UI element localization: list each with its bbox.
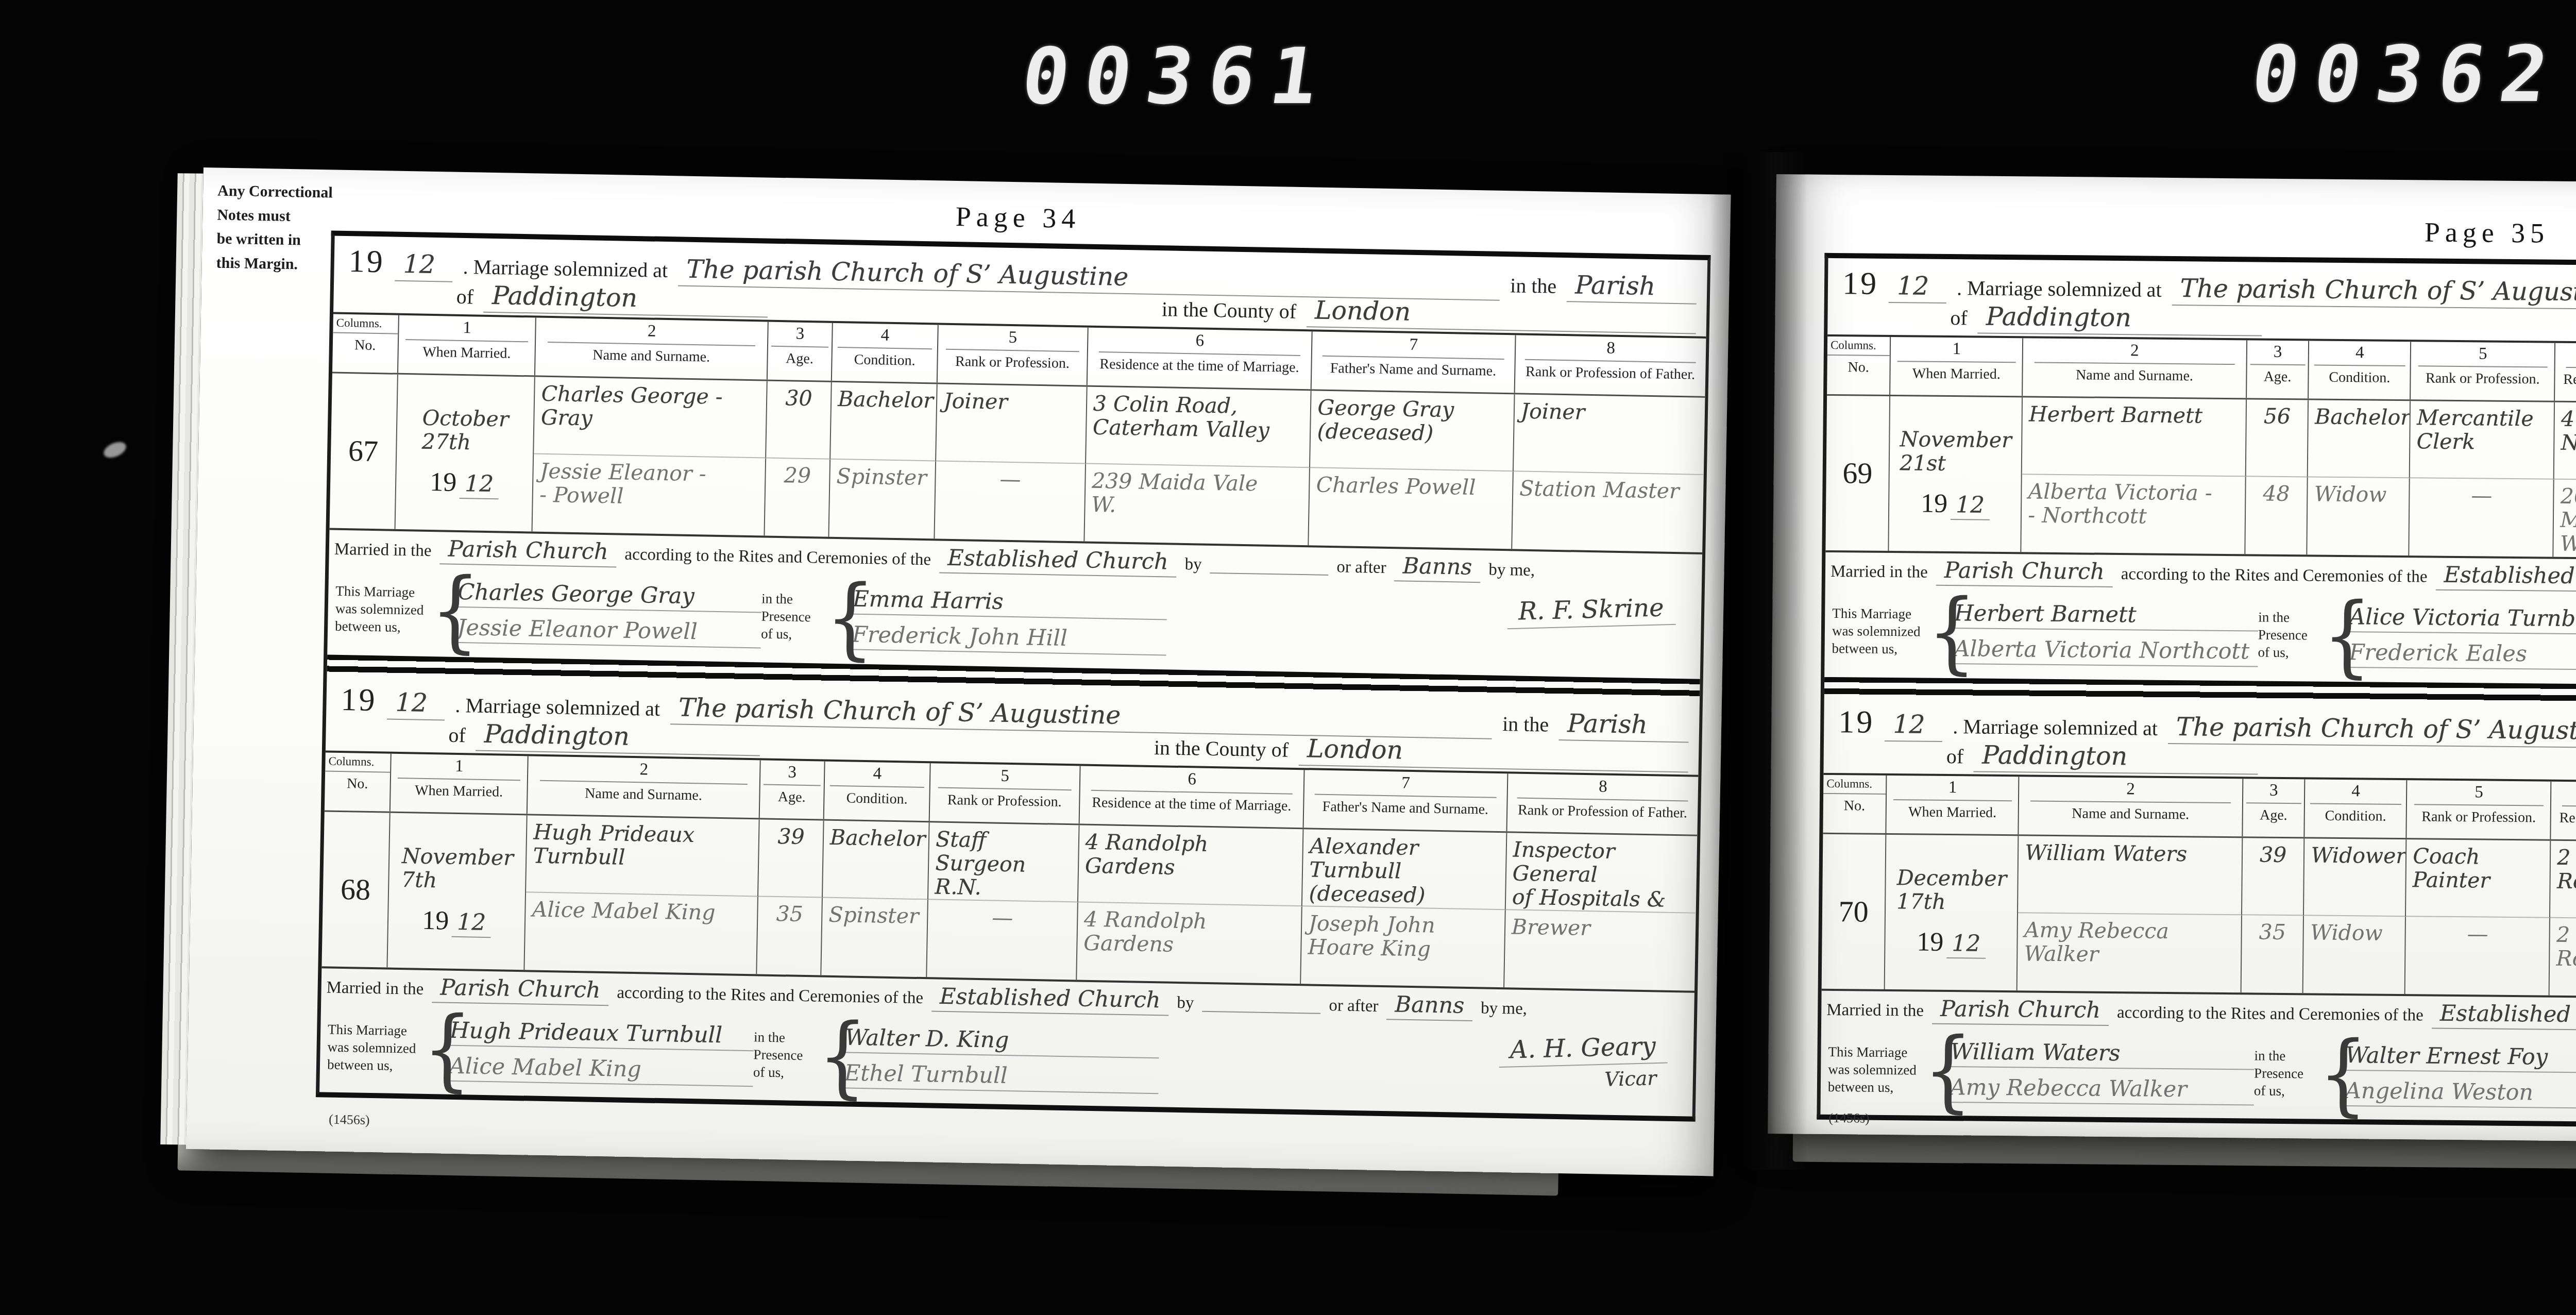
witness-2-signature: Frederick Eales [2344, 639, 2576, 671]
presence-label: in the Presence of us, [753, 1029, 819, 1082]
entry-header: 19 12 . Marriage solemnized at The paris… [1823, 697, 2576, 785]
groom-father-cell: George Gray (deceased) [1310, 391, 1515, 471]
column-header-5: 5Rank or Profession. [2407, 780, 2552, 839]
when-married-cell: October 27th 1912 [395, 375, 535, 532]
column-header-8: 8Rank or Profession of Father. [1515, 335, 1706, 396]
bride-rank-cell: — [935, 461, 1086, 541]
brace-open: { [422, 1005, 445, 1094]
column-header-4: 4Condition. [2305, 779, 2408, 838]
year-printed: 19 [1842, 265, 1879, 302]
groom-father-rank-cell: Inspector General of Hospitals & Fleets … [1506, 833, 1698, 914]
bride-age-cell: 48 [2245, 477, 2308, 554]
when-married-cell: November 7th 1912 [387, 813, 528, 970]
groom-residence-cell: 4 Randolph Gardens [1078, 825, 1304, 906]
this-marriage-label: This Marriage was solemnized between us, [335, 583, 431, 637]
groom-signature: William Waters [1945, 1039, 2254, 1070]
groom-name-cell: William Waters [2018, 836, 2243, 915]
bride-name-cell: Alice Mabel King [525, 892, 758, 974]
groom-condition-cell: Widower [2304, 838, 2406, 917]
by-blank-line [1210, 563, 1328, 576]
no-label: No. [1844, 794, 1866, 814]
column-header-1: 1When Married. [1887, 775, 2020, 834]
presence-label: in the Presence of us, [2254, 1048, 2319, 1100]
couple-signatures: Charles George Gray Jessie Eleanor Powel… [452, 579, 762, 649]
columns-caption: Columns. [1827, 336, 1890, 356]
groom-signature: Charles George Gray [452, 579, 762, 613]
parish-word-handwritten: Parish [1559, 709, 1689, 743]
column-header-no: Columns. No. [325, 752, 392, 811]
couple-signatures: William Waters Amy Rebecca Walker [1945, 1039, 2255, 1105]
groom-rank-cell: Coach Painter [2406, 839, 2551, 918]
county-label: in the County of [1154, 735, 1289, 762]
groom-rank-cell: Joiner [936, 384, 1087, 464]
witness-signatures: Walter D. King Ethel Turnbull [839, 1024, 1159, 1094]
of-label: of [1946, 744, 1964, 768]
witness-1-signature: Emma Harris [848, 586, 1167, 620]
bride-condition-cell: Widow [2308, 477, 2410, 555]
register-entry-block: 19 12 . Marriage solemnized at The paris… [327, 236, 1707, 678]
bride-signature: Jessie Eleanor Powell [452, 615, 761, 649]
register-form: 19 12 . Marriage solemnized at The paris… [1817, 253, 2576, 1132]
when-married-value: November 21st [1900, 428, 2012, 477]
groom-signature: Hugh Prideaux Turnbull [445, 1018, 754, 1052]
county-name-handwritten: London [1307, 295, 1697, 334]
officiant-signature: R. F. Skrine [1507, 589, 1697, 634]
no-label: No. [1848, 356, 1870, 375]
entry-number-cell: 69 [1825, 396, 1890, 551]
column-header-no: Columns. No. [1827, 336, 1891, 395]
no-label: No. [354, 333, 376, 353]
ceremonies-church-value: Established Church [939, 545, 1177, 578]
when-married-cell: December 17th 1912 [1885, 835, 2019, 990]
parish-name-handwritten: Paddington [1974, 740, 2259, 775]
register-page-35: Any Correctional Notes must be written i… [1768, 174, 2576, 1147]
groom-signature: Herbert Barnett [1949, 600, 2258, 631]
year-handwritten: 12 [395, 249, 453, 282]
witness-block: This Marriage was solemnized between us,… [1820, 1028, 2576, 1126]
column-header-2: 2Name and Surname. [535, 318, 768, 380]
parish-name-handwritten: Paddington [1978, 302, 2263, 336]
entry-70: 19 12 . Marriage solemnized at The paris… [1820, 697, 2576, 1126]
bride-residence-cell: 20 Coman Mansions West Kensington [2554, 480, 2576, 559]
entry-number-cell: 67 [330, 374, 398, 529]
entry-number-cell: 68 [321, 812, 390, 967]
column-header-3: 3Age. [759, 760, 825, 819]
register-form: 19 12 . Marriage solemnized at The paris… [316, 230, 1711, 1121]
film-frame-number-right: 00362 [2246, 30, 2569, 120]
bride-name-cell: Jessie Eleanor - - Powell [533, 454, 766, 536]
bride-father-rank-cell: Station Master [1512, 471, 1704, 552]
brace-witnesses: { [2322, 591, 2345, 680]
column-header-2: 2Name and Surname. [528, 756, 760, 818]
officiant-signature: A. H. Geary Vicar [1498, 1028, 1689, 1095]
when-married-cell: November 21st 1912 [1889, 396, 2023, 552]
entry-header: 19 12 . Marriage solemnized at The paris… [1827, 258, 2576, 346]
this-marriage-label: This Marriage was solemnized between us, [1828, 1043, 1924, 1097]
in-the-label: in the [1510, 273, 1557, 298]
no-label: No. [347, 772, 368, 791]
county-label: in the County of [1162, 297, 1297, 324]
bride-age-cell: 35 [2241, 915, 2304, 993]
brace-open: { [430, 566, 453, 655]
column-header-2: 2Name and Surname. [2019, 777, 2243, 836]
column-header-no: Columns. No. [1823, 775, 1887, 833]
bride-father-rank-cell: Brewer [1504, 910, 1696, 991]
groom-father-cell: Alexander Turnbull (deceased) [1302, 829, 1507, 910]
bride-signature: Alberta Victoria Northcott [1948, 636, 2258, 667]
of-label: of [1950, 306, 1968, 330]
brace-witnesses: { [825, 573, 848, 662]
parish-name-handwritten: Paddington [476, 719, 760, 756]
ceremonies-church-value: Established Church [931, 983, 1169, 1016]
entry-rows: 67 October 27th 1912 Charles George - Gr… [330, 374, 1705, 554]
column-header-6: 6Residence at the time of Marriage. [1079, 766, 1305, 828]
groom-condition-cell: Bachelor [823, 821, 930, 900]
column-header-2: 2Name and Surname. [2023, 338, 2247, 398]
column-header-5: 5Rank or Profession. [2411, 342, 2555, 401]
year-handwritten: 12 [387, 688, 445, 721]
couple-signatures: Herbert Barnett Alberta Victoria Northco… [1948, 600, 2258, 667]
bride-rank-cell: — [2410, 478, 2554, 557]
register-page-34: Any Correctional Notes must be written i… [186, 167, 1731, 1176]
presence-label: in the Presence of us, [761, 591, 826, 644]
witness-signatures: Walter Ernest Foy Angelina Weston [2340, 1042, 2576, 1109]
groom-condition-cell: Bachelor [2308, 400, 2411, 478]
groom-age-cell: 39 [758, 819, 824, 898]
groom-name-cell: Charles George - Gray [534, 377, 768, 459]
marriage-solemnized-label: . Marriage solemnized at [1953, 714, 2158, 740]
witness-2-signature: Frederick John Hill [847, 621, 1167, 655]
ceremonies-church-value: Established Church [2432, 1001, 2576, 1031]
column-header-6: 6Residence at the time of Marriage. [2551, 782, 2576, 841]
bride-rank-cell: — [2405, 917, 2550, 996]
brace-open: { [1923, 1026, 1945, 1115]
marriage-solemnized-label: . Marriage solemnized at [463, 255, 668, 282]
marriage-solemnized-label: . Marriage solemnized at [1957, 276, 2162, 302]
groom-rank-cell: Staff Surgeon R.N. [928, 822, 1079, 902]
witness-1-signature: Alice Victoria Turnbull [2344, 604, 2576, 635]
register-entry-block: 19 12 . Marriage solemnized at The paris… [1820, 697, 2576, 1126]
banns-or-licence-value: Banns [1394, 553, 1481, 583]
groom-residence-cell: 4 Mortimer Road N.W. [2554, 402, 2576, 482]
bride-residence-cell: 4 Randolph Gardens [1077, 902, 1302, 984]
by-blank-line [1202, 1002, 1320, 1014]
witness-block: This Marriage was solemnized between us,… [1824, 589, 2576, 688]
marriage-solemnized-label: . Marriage solemnized at [455, 693, 660, 721]
groom-condition-cell: Bachelor [831, 382, 938, 462]
in-the-label: in the [1502, 712, 1549, 737]
column-header-4: 4Condition. [824, 762, 931, 821]
column-header-4: 4Condition. [2309, 341, 2412, 399]
columns-caption: Columns. [325, 752, 391, 772]
entry-rows: 69 November 21st 1912 Herbert Barnett 56… [1825, 396, 2576, 564]
entry-rows: 68 November 7th 1912 Hugh Prideaux Turnb… [321, 812, 1697, 992]
column-header-1: 1When Married. [391, 754, 529, 814]
bride-condition-cell: Spinster [821, 898, 928, 977]
year-handwritten: 12 [1885, 710, 1943, 742]
when-married-value: November 7th [401, 845, 514, 895]
form-code: (1456s) [329, 1112, 370, 1128]
groom-name-cell: Herbert Barnett [2022, 397, 2247, 477]
column-header-no: Columns. No. [332, 314, 399, 373]
bride-condition-cell: Widow [2303, 916, 2406, 994]
column-header-3: 3Age. [2243, 779, 2306, 837]
bride-name-cell: Alberta Victoria - - Northcott [2022, 475, 2246, 554]
brace-open: { [1927, 587, 1950, 677]
entry-68: 19 12 . Marriage solemnized at The paris… [319, 674, 1700, 1116]
columns-caption: Columns. [1823, 775, 1886, 795]
column-header-5: 5Rank or Profession. [938, 325, 1088, 385]
witness-2-signature: Angelina Weston [2340, 1078, 2576, 1109]
entry-69: 19 12 . Marriage solemnized at The paris… [1824, 258, 2576, 688]
correctional-notes-margin-text: Any Correctional Notes must be written i… [216, 179, 341, 277]
column-header-7: 7Father's Name and Surname. [1304, 770, 1508, 831]
register-entry-block: 19 12 . Marriage solemnized at The paris… [319, 674, 1700, 1116]
entry-number-cell: 70 [1822, 834, 1887, 989]
column-header-3: 3Age. [2247, 340, 2310, 398]
ceremonies-church-value: Established Church [2435, 562, 2576, 593]
when-married-value: October 27th [421, 407, 509, 456]
witness-1-signature: Walter Ernest Foy [2340, 1042, 2576, 1074]
year-printed: 19 [1838, 704, 1875, 741]
columns-caption: Columns. [333, 314, 398, 334]
groom-father-rank-cell: Joiner [1514, 394, 1705, 475]
bride-condition-cell: Spinster [829, 460, 936, 539]
couple-signatures: Hugh Prideaux Turnbull Alice Mabel King [444, 1018, 754, 1087]
presence-label: in the Presence of us, [2258, 609, 2323, 662]
brace-witnesses: { [817, 1011, 840, 1101]
witness-1-signature: Walter D. King [840, 1024, 1160, 1058]
witness-2-signature: Ethel Turnbull [839, 1060, 1159, 1094]
year-printed: 19 [341, 682, 377, 719]
column-header-1: 1When Married. [1890, 337, 2023, 396]
bride-father-cell: Joseph John Hoare King [1301, 906, 1506, 987]
this-marriage-label: This Marriage was solemnized between us, [1832, 605, 1927, 658]
column-header-8: 8Rank or Profession of Father. [1507, 773, 1698, 835]
year-printed: 19 [348, 243, 385, 280]
bride-father-cell: Charles Powell [1309, 468, 1514, 549]
register-entry-block: 19 12 . Marriage solemnized at The paris… [1824, 258, 2576, 688]
film-scratch-mark [101, 439, 129, 461]
county-name-handwritten: London [1298, 734, 1688, 772]
witness-signatures: Alice Victoria Turnbull Frederick Eales [2344, 604, 2576, 671]
column-header-1: 1When Married. [398, 315, 536, 376]
bride-age-cell: 29 [765, 459, 831, 537]
microfilm-scan: 00361 00362 Any Correctional Notes must … [0, 0, 2576, 1315]
entry-rows: 70 December 17th 1912 William Waters 39 … [1822, 834, 2576, 1003]
bride-residence-cell: 2 Kilburn Park Road [2550, 918, 2576, 998]
column-header-6: 6Residence at the time of Marriage. [1087, 328, 1313, 390]
form-code: (1456s) [1828, 1110, 1870, 1126]
film-frame-number-left: 00361 [1016, 32, 1339, 122]
parish-name-handwritten: Paddington [483, 281, 768, 318]
groom-age-cell: 56 [2246, 399, 2309, 477]
bride-rank-cell: — [927, 900, 1078, 980]
column-header-6: 6Residence at the time of Marriage. [2555, 343, 2576, 403]
groom-age-cell: 30 [766, 381, 832, 460]
page-number-heading: Page 35 [1825, 211, 2576, 255]
column-header-5: 5Rank or Profession. [930, 763, 1080, 823]
bride-signature: Amy Rebecca Walker [1945, 1074, 2254, 1105]
bride-signature: Alice Mabel King [444, 1053, 754, 1087]
bride-age-cell: 35 [757, 897, 823, 975]
groom-name-cell: Hugh Prideaux Turnbull [526, 815, 759, 897]
when-married-value: December 17th [1896, 867, 2007, 915]
bride-name-cell: Amy Rebecca Walker [2018, 913, 2242, 992]
this-marriage-label: This Marriage was solemnized between us, [327, 1021, 423, 1075]
of-label: of [448, 723, 466, 748]
witness-signatures: Emma Harris Frederick John Hill [847, 586, 1167, 655]
banns-or-licence-value: Banns [1386, 991, 1473, 1021]
groom-age-cell: 39 [2242, 838, 2305, 916]
column-header-3: 3Age. [768, 322, 833, 381]
of-label: of [456, 284, 473, 309]
column-header-4: 4Condition. [832, 323, 939, 383]
groom-residence-cell: 3 Colin Road, Caterham Valley [1086, 387, 1312, 468]
brace-witnesses: { [2318, 1030, 2341, 1119]
year-handwritten: 12 [1889, 271, 1947, 304]
entry-67: 19 12 . Marriage solemnized at The paris… [327, 236, 1707, 678]
column-header-7: 7Father's Name and Surname. [1312, 331, 1516, 393]
groom-residence-cell: 2 Kilburn Park Road [2550, 841, 2576, 920]
groom-rank-cell: Mercantile Clerk [2410, 401, 2555, 480]
bride-residence-cell: 239 Maida Vale W. [1084, 464, 1310, 546]
parish-word-handwritten: Parish [1567, 270, 1697, 304]
